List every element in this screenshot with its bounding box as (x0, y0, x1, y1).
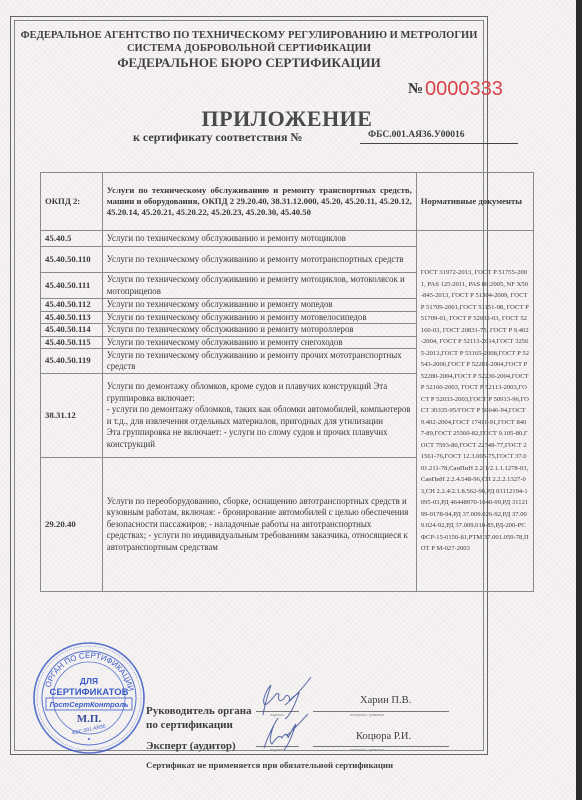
bureau-name: ФЕДЕРАЛЬНОЕ БЮРО СЕРТИФИКАЦИИ (14, 55, 484, 71)
row-code: 45.40.50.113 (41, 311, 103, 324)
row-description: Услуги по техническому обслуживанию и ре… (102, 273, 416, 299)
seal-stamp: ОРГАН ПО СЕРТИФИКАЦИИ ДЛЯ СЕРТИФИКАТОВ Г… (32, 641, 146, 755)
form-number: 0000333 (425, 78, 503, 101)
svg-text:ДЛЯ: ДЛЯ (80, 676, 98, 686)
row-description: Услуги по техническому обслуживанию и ре… (102, 336, 416, 349)
footer-note: Сертификат не применяется при обязательн… (146, 760, 393, 770)
row-code: 45.40.50.114 (41, 324, 103, 337)
table-header-row: ОКПД 2: Услуги по техническому обслужива… (41, 173, 534, 231)
expert-role: Эксперт (аудитор) (146, 739, 236, 753)
expert-name-line (313, 746, 449, 747)
row-code: 45.40.50.110 (41, 247, 103, 273)
row-description: Услуги по демонтажу обломков, кроме судо… (102, 374, 416, 458)
row-description: Услуги по техническому обслуживанию и ре… (102, 247, 416, 273)
svg-text:ФБС.001.АЯ36: ФБС.001.АЯ36 (71, 723, 106, 736)
row-description-line: Услуги по демонтажу обломков, кроме судо… (107, 381, 412, 404)
row-description: Услуги по переоборудованию, сборке, осна… (102, 458, 416, 592)
certification-system: СИСТЕМА ДОБРОВОЛЬНОЙ СЕРТИФИКАЦИИ (14, 43, 484, 54)
row-description: Услуги по техническому обслуживанию и ре… (102, 311, 416, 324)
row-code: 45.40.50.111 (41, 273, 103, 299)
row-description: Услуги по техническому обслуживанию и ре… (102, 231, 416, 247)
title-text: ПРИЛОЖЕНИЕ (202, 106, 373, 131)
head-name: Харин П.В. (360, 695, 411, 706)
row-description: Услуги по техническому обслуживанию и ре… (102, 324, 416, 337)
header-code: ОКПД 2: (41, 173, 103, 231)
row-code: 45.40.50.115 (41, 336, 103, 349)
row-code: 45.40.5 (41, 231, 103, 247)
svg-text:М.П.: М.П. (77, 713, 102, 725)
norm-docs-cell: ГОСТ 31972-2013, ГОСТ Р 51755-2001, PAS … (416, 231, 533, 592)
head-name-caption: инициалы, фамилия (350, 713, 384, 717)
row-code: 29.20.40 (41, 458, 103, 592)
svg-text:ГостСертКонтроль: ГостСертКонтроль (50, 700, 129, 709)
expert-signature (258, 712, 313, 752)
row-description: Услуги по техническому обслуживанию и ре… (102, 299, 416, 312)
expert-name: Коцюра Р.И. (356, 731, 411, 742)
services-table: ОКПД 2: Услуги по техническому обслужива… (40, 172, 534, 592)
page-title: ПРИЛОЖЕНИЕ (0, 106, 582, 132)
table-row: 45.40.5 Услуги по техническому обслужива… (41, 231, 534, 247)
head-role-line2: по сертификации (146, 718, 252, 732)
subtitle-label: к сертификату соответствия № (133, 130, 303, 145)
row-description: Услуги по техническому обслуживанию и ре… (102, 349, 416, 374)
head-role-line1: Руководитель органа (146, 704, 252, 718)
row-description-line: - услуги по демонтажу обломков, таких ка… (107, 404, 412, 427)
row-code: 45.40.50.112 (41, 299, 103, 312)
svg-text:СЕРТИФИКАТОВ: СЕРТИФИКАТОВ (50, 687, 129, 698)
form-number-label: № (408, 81, 423, 98)
row-code: 45.40.50.119 (41, 349, 103, 374)
certificate-number: ФБС.001.АЯ36.У00016 (360, 130, 518, 144)
header-norm-docs: Нормативные документы (416, 173, 533, 231)
agency-name: ФЕДЕРАЛЬНОЕ АГЕНТСТВО ПО ТЕХНИЧЕСКОМУ РЕ… (14, 30, 484, 41)
row-code: 38.31.12 (41, 374, 103, 458)
head-name-line (313, 711, 449, 712)
expert-name-caption: инициалы, фамилия (350, 748, 384, 752)
head-of-body-role: Руководитель органа по сертификации (146, 704, 252, 732)
row-description-line: Эта группировка не включает: - услуги по… (107, 427, 412, 450)
header-description: Услуги по техническому обслуживанию и ре… (102, 173, 416, 231)
